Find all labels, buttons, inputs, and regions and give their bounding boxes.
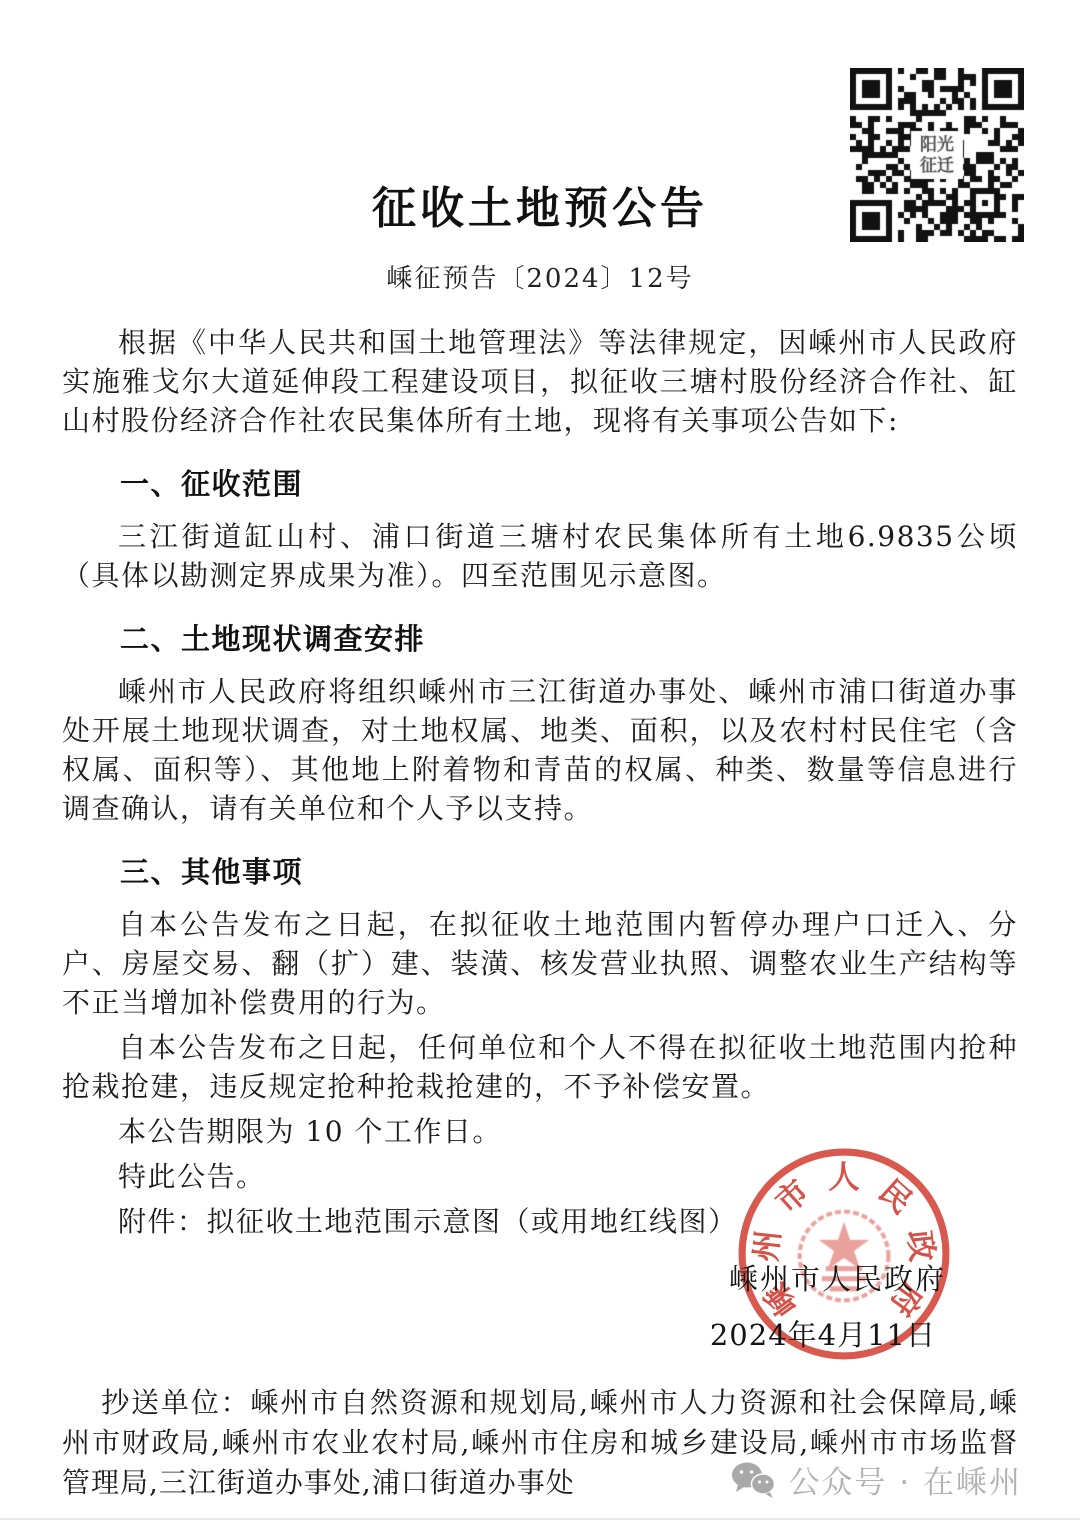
section-1-heading: 一、征收范围	[62, 462, 1018, 503]
footer-banner: 公众号 · 在嵊州	[730, 1457, 1022, 1502]
document-number: 嵊征预告〔2024〕12号	[62, 258, 1018, 295]
page-bottom-divider	[0, 1518, 1080, 1520]
section-3-heading: 三、其他事项	[62, 850, 1018, 891]
section-3-paragraph-2: 自本公告发布之日起，任何单位和个人不得在拟征收土地范围内抢种抢栽抢建，违反规定抢…	[62, 1028, 1018, 1106]
signature-block: 嵊州市人民政府 嵊州市人民政府 2024年4月11日	[62, 1247, 1018, 1359]
footer-account-name: 公众号 · 在嵊州	[788, 1457, 1022, 1502]
intro-paragraph: 根据《中华人民共和国土地管理法》等法律规定，因嵊州市人民政府实施雅戈尔大道延伸段…	[62, 323, 1018, 440]
issue-date: 2024年4月11日	[710, 1313, 936, 1354]
section-2-paragraph: 嵊州市人民政府将组织嵊州市三江街道办事处、嵊州市浦口街道办事处开展土地现状调查，…	[62, 672, 1018, 828]
document-body: 根据《中华人民共和国土地管理法》等法律规定，因嵊州市人民政府实施雅戈尔大道延伸段…	[62, 323, 1018, 1503]
wechat-icon	[730, 1461, 776, 1499]
section-2-heading: 二、土地现状调查安排	[62, 617, 1018, 658]
section-1-paragraph: 三江街道缸山村、浦口街道三塘村农民集体所有土地6.9835公顷（具体以勘测定界成…	[62, 517, 1018, 595]
section-3-paragraph-1: 自本公告发布之日起，在拟征收土地范围内暂停办理户口迁入、分户、房屋交易、翻（扩）…	[62, 905, 1018, 1022]
qr-code	[850, 68, 1024, 242]
qr-code-canvas	[850, 68, 1024, 242]
issuer-signature: 嵊州市人民政府	[729, 1257, 946, 1298]
document-page: 征收土地预公告 嵊征预告〔2024〕12号 根据《中华人民共和国土地管理法》等法…	[0, 0, 1080, 1528]
svg-text:人: 人	[828, 1159, 859, 1195]
